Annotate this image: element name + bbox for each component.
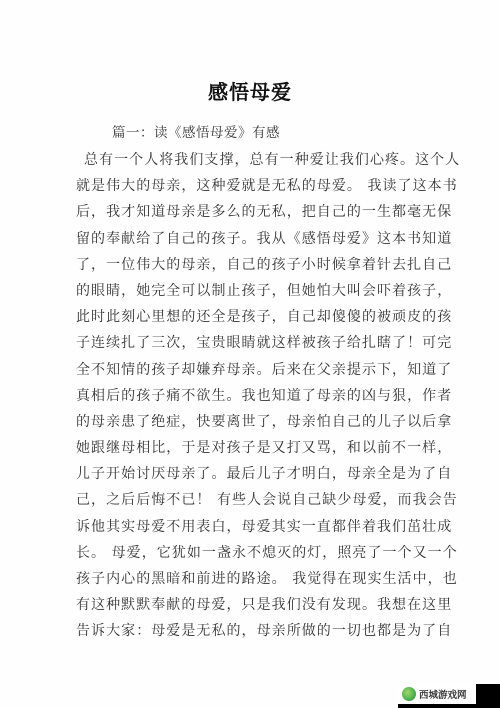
site-watermark: 西城游戏网 bbox=[398, 684, 500, 708]
body-paragraph: 总有一个人将我们支撑，总有一种爱让我们心疼。这个人 就是伟大的母亲，这种爱就是无… bbox=[76, 148, 436, 646]
document-title: 感悟母爱 bbox=[0, 78, 500, 106]
text-line: 诉他其实母爱不用表白，母爱其实一直都伴着我们茁壮成 bbox=[76, 515, 436, 541]
text-line: 全不知情的孩子却嫌弃母亲。后来在父亲提示下，知道了 bbox=[76, 358, 436, 384]
text-line: 长。 母爱，它犹如一盏永不熄灭的灯，照亮了一个又一个 bbox=[76, 541, 436, 567]
text-line: 孩子内心的黑暗和前进的路途。 我觉得在现实生活中，也 bbox=[76, 567, 436, 593]
text-line: 留的奉献给了自己的孩子。我从《感悟母爱》这本书知道 bbox=[76, 227, 436, 253]
text-line: 她跟继母相比，于是对孩子是又打又骂，和以前不一样， bbox=[76, 436, 436, 462]
text-line: 就是伟大的母亲，这种爱就是无私的母爱。 我读了这本书 bbox=[76, 174, 436, 200]
text-line: 己，之后后悔不已！ 有些人会说自己缺少母爱，而我会告 bbox=[76, 488, 436, 514]
text-line: 的母亲患了绝症，快要离世了，母亲怕自己的儿子以后拿 bbox=[76, 410, 436, 436]
watermark-badge: 西城游戏网 bbox=[398, 684, 476, 704]
text-line: 告诉大家：母爱是无私的，母亲所做的一切也都是为了自 bbox=[76, 619, 436, 645]
text-line: 的眼睛，她完全可以制止孩子，但她怕大叫会吓着孩子， bbox=[76, 279, 436, 305]
document-page: 感悟母爱 篇一：读《感悟母爱》有感 总有一个人将我们支撑，总有一种爱让我们心疼。… bbox=[0, 0, 500, 708]
text-line: 后，我才知道母亲是多么的无私，把自己的一生都毫无保 bbox=[76, 200, 436, 226]
text-line: 儿子开始讨厌母亲了。最后儿子才明白，母亲全是为了自 bbox=[76, 462, 436, 488]
watermark-text: 西城游戏网 bbox=[419, 687, 467, 701]
section-heading: 篇一：读《感悟母爱》有感 bbox=[112, 123, 280, 143]
globe-logo-icon bbox=[402, 687, 416, 701]
text-line: 有这种默默奉献的母爱，只是我们没有发现。我想在这里 bbox=[76, 593, 436, 619]
text-line: 了，一位伟大的母亲，自己的孩子小时候拿着针去扎自己 bbox=[76, 253, 436, 279]
text-line: 子连续扎了三次，宝贵眼睛就这样被孩子给扎瞎了！可完 bbox=[76, 331, 436, 357]
text-line: 真相后的孩子痛不欲生。我也知道了母亲的凶与狠，作者 bbox=[76, 384, 436, 410]
text-line: 此时此刻心里想的还全是孩子，自己却傻傻的被顽皮的孩 bbox=[76, 305, 436, 331]
text-line: 总有一个人将我们支撑，总有一种爱让我们心疼。这个人 bbox=[76, 148, 436, 174]
